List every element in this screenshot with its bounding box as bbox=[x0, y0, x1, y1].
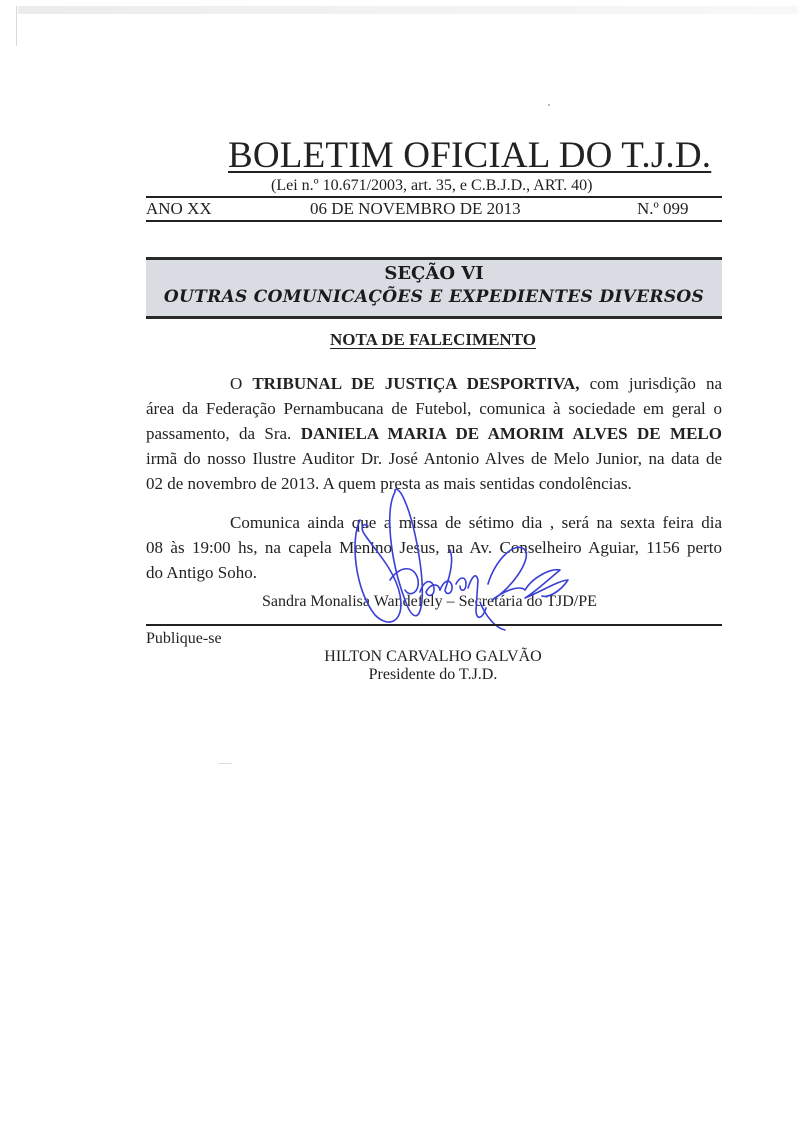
footer-rule bbox=[146, 624, 722, 626]
paragraph-line: área da Federação Pernambucana de Futebo… bbox=[146, 396, 722, 421]
bulletin-title: BOLETIM OFICIAL DO T.J.D. bbox=[228, 134, 711, 177]
scan-left-mark bbox=[16, 6, 17, 46]
section-subtitle: OUTRAS COMUNICAÇÕES E EXPEDIENTES DIVERS… bbox=[146, 287, 722, 307]
bold-text: DANIELA MARIA DE AMORIM ALVES DE MELO bbox=[301, 424, 722, 443]
handwritten-signature bbox=[320, 480, 610, 640]
header-rule-bottom bbox=[146, 220, 722, 222]
president-name: HILTON CARVALHO GALVÃO bbox=[0, 648, 800, 666]
text-run: passamento, da Sra. bbox=[146, 424, 301, 443]
bulletin-year: ANO XX bbox=[146, 199, 212, 219]
notice-heading: NOTA DE FALECIMENTO bbox=[0, 330, 800, 350]
paragraph-line: passamento, da Sra. DANIELA MARIA DE AMO… bbox=[146, 421, 722, 446]
text-run: com jurisdição na bbox=[580, 374, 722, 393]
section-title: SEÇÃO VI bbox=[146, 263, 722, 284]
publish-label: Publique-se bbox=[146, 630, 222, 648]
text-run: do Antigo Soho. bbox=[146, 563, 257, 582]
text-run: área da Federação Pernambucana de Futebo… bbox=[146, 399, 722, 418]
notice-paragraph-1: O TRIBUNAL DE JUSTIÇA DESPORTIVA, com ju… bbox=[146, 371, 722, 496]
bulletin-date: 06 DE NOVEMBRO DE 2013 bbox=[310, 199, 521, 219]
scan-speck bbox=[548, 104, 550, 106]
bulletin-number: N.º 099 bbox=[637, 199, 689, 219]
section-banner: SEÇÃO VI OUTRAS COMUNICAÇÕES E EXPEDIENT… bbox=[146, 257, 722, 319]
text-run: O bbox=[230, 374, 252, 393]
scan-top-strip bbox=[18, 6, 798, 14]
bulletin-legal-reference: (Lei n.º 10.671/2003, art. 35, e C.B.J.D… bbox=[271, 177, 592, 195]
header-rule-top bbox=[146, 196, 722, 198]
scan-speck bbox=[218, 763, 232, 764]
president-title: Presidente do T.J.D. bbox=[0, 666, 800, 684]
text-run: irmã do nosso Ilustre Auditor Dr. José A… bbox=[146, 449, 722, 468]
paragraph-line: irmã do nosso Ilustre Auditor Dr. José A… bbox=[146, 446, 722, 471]
paragraph-line: O TRIBUNAL DE JUSTIÇA DESPORTIVA, com ju… bbox=[146, 371, 722, 396]
bold-text: TRIBUNAL DE JUSTIÇA DESPORTIVA, bbox=[252, 374, 579, 393]
